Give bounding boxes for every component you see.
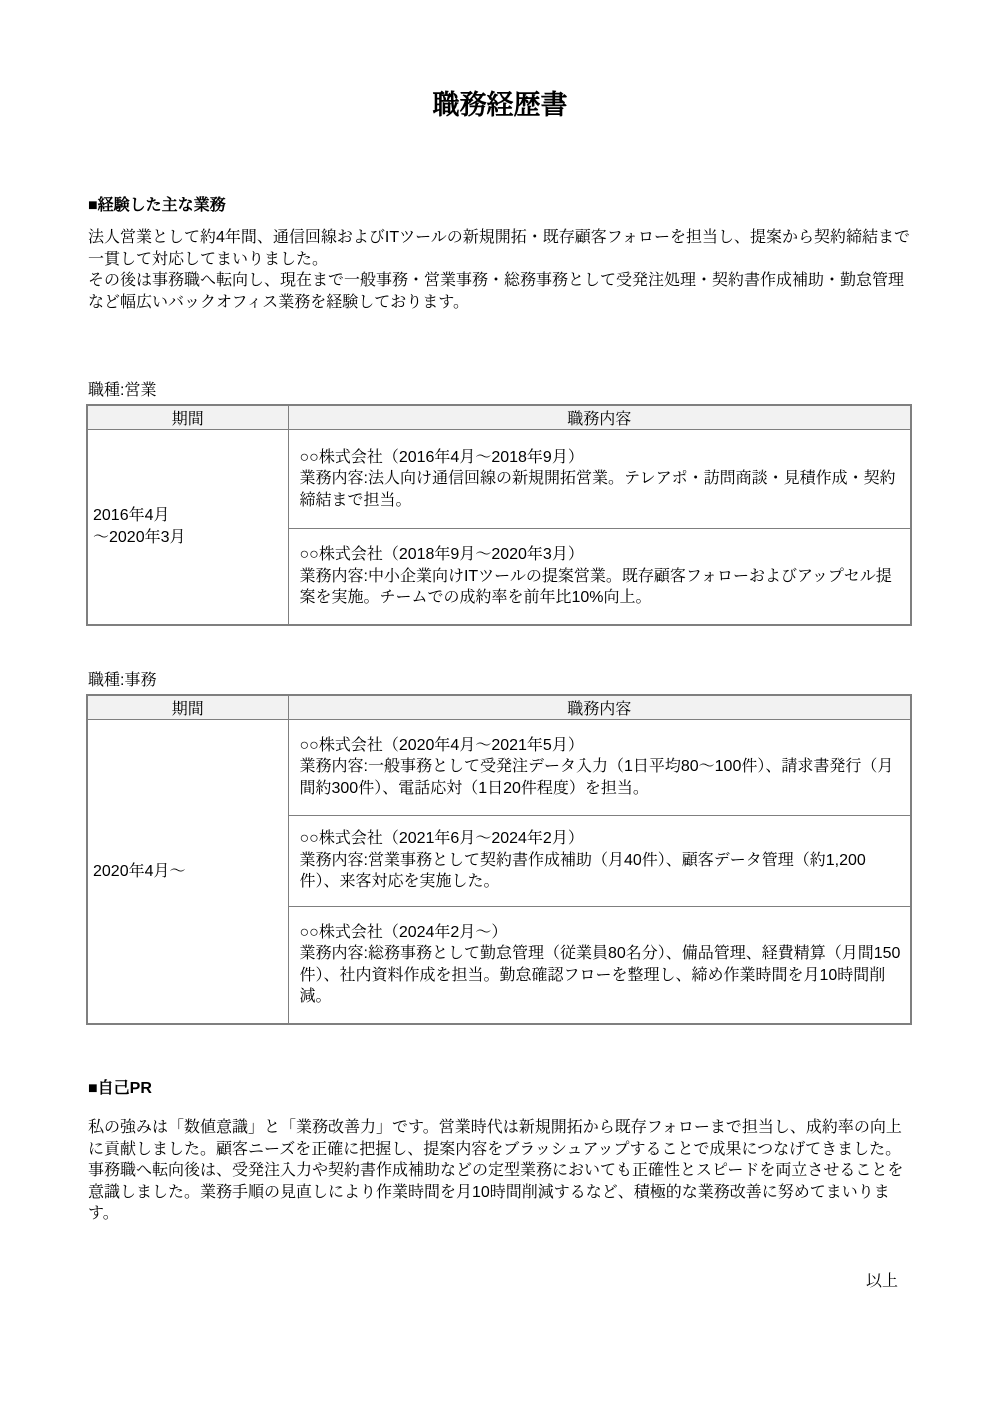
job-category-label-office: 職種:事務 bbox=[88, 671, 912, 691]
job-category-label-sales: 職種:営業 bbox=[88, 381, 912, 401]
period-cell-sales: 2016年4月 ～2020年3月 bbox=[87, 430, 288, 625]
job-detail-cell: ○○株式会社（2020年4月～2021年5月） 業務内容:一般事務として受発注デ… bbox=[288, 719, 911, 815]
job-detail-cell: ○○株式会社（2016年4月～2018年9月） 業務内容:法人向け通信回線の新規… bbox=[288, 430, 911, 529]
table-header-row: 期間 職務内容 bbox=[87, 405, 911, 430]
pr-heading: ■自己PR bbox=[88, 1079, 912, 1099]
summary-body: 法人営業として約4年間、通信回線およびITツールの新規開拓・既存顧客フォローを担… bbox=[88, 227, 912, 313]
job-detail-cell: ○○株式会社（2021年6月～2024年2月） 業務内容:営業事務として契約書作… bbox=[288, 815, 911, 906]
closing-text: 以上 bbox=[88, 1272, 912, 1292]
office-history-table: 期間 職務内容 2020年4月～ ○○株式会社（2020年4月～2021年5月）… bbox=[86, 694, 912, 1026]
job-detail-cell: ○○株式会社（2024年2月～） 業務内容:総務事務として勤怠管理（従業員80名… bbox=[288, 906, 911, 1024]
detail-column-header: 職務内容 bbox=[288, 405, 911, 430]
period-column-header: 期間 bbox=[87, 405, 288, 430]
table-row: 2016年4月 ～2020年3月 ○○株式会社（2016年4月～2018年9月）… bbox=[87, 430, 911, 529]
period-cell-office: 2020年4月～ bbox=[87, 719, 288, 1024]
detail-column-header: 職務内容 bbox=[288, 695, 911, 720]
table-header-row: 期間 職務内容 bbox=[87, 695, 911, 720]
summary-heading: ■経験した主な業務 bbox=[88, 196, 912, 216]
document-page: 職務経歴書 ■経験した主な業務 法人営業として約4年間、通信回線およびITツール… bbox=[0, 0, 1000, 1414]
page-title: 職務経歴書 bbox=[88, 88, 912, 122]
sales-history-table: 期間 職務内容 2016年4月 ～2020年3月 ○○株式会社（2016年4月～… bbox=[86, 404, 912, 626]
pr-body: 私の強みは「数値意識」と「業務改善力」です。営業時代は新規開拓から既存フォローま… bbox=[88, 1117, 912, 1225]
table-row: 2020年4月～ ○○株式会社（2020年4月～2021年5月） 業務内容:一般… bbox=[87, 719, 911, 815]
job-detail-cell: ○○株式会社（2018年9月～2020年3月） 業務内容:中小企業向けITツール… bbox=[288, 529, 911, 625]
period-column-header: 期間 bbox=[87, 695, 288, 720]
